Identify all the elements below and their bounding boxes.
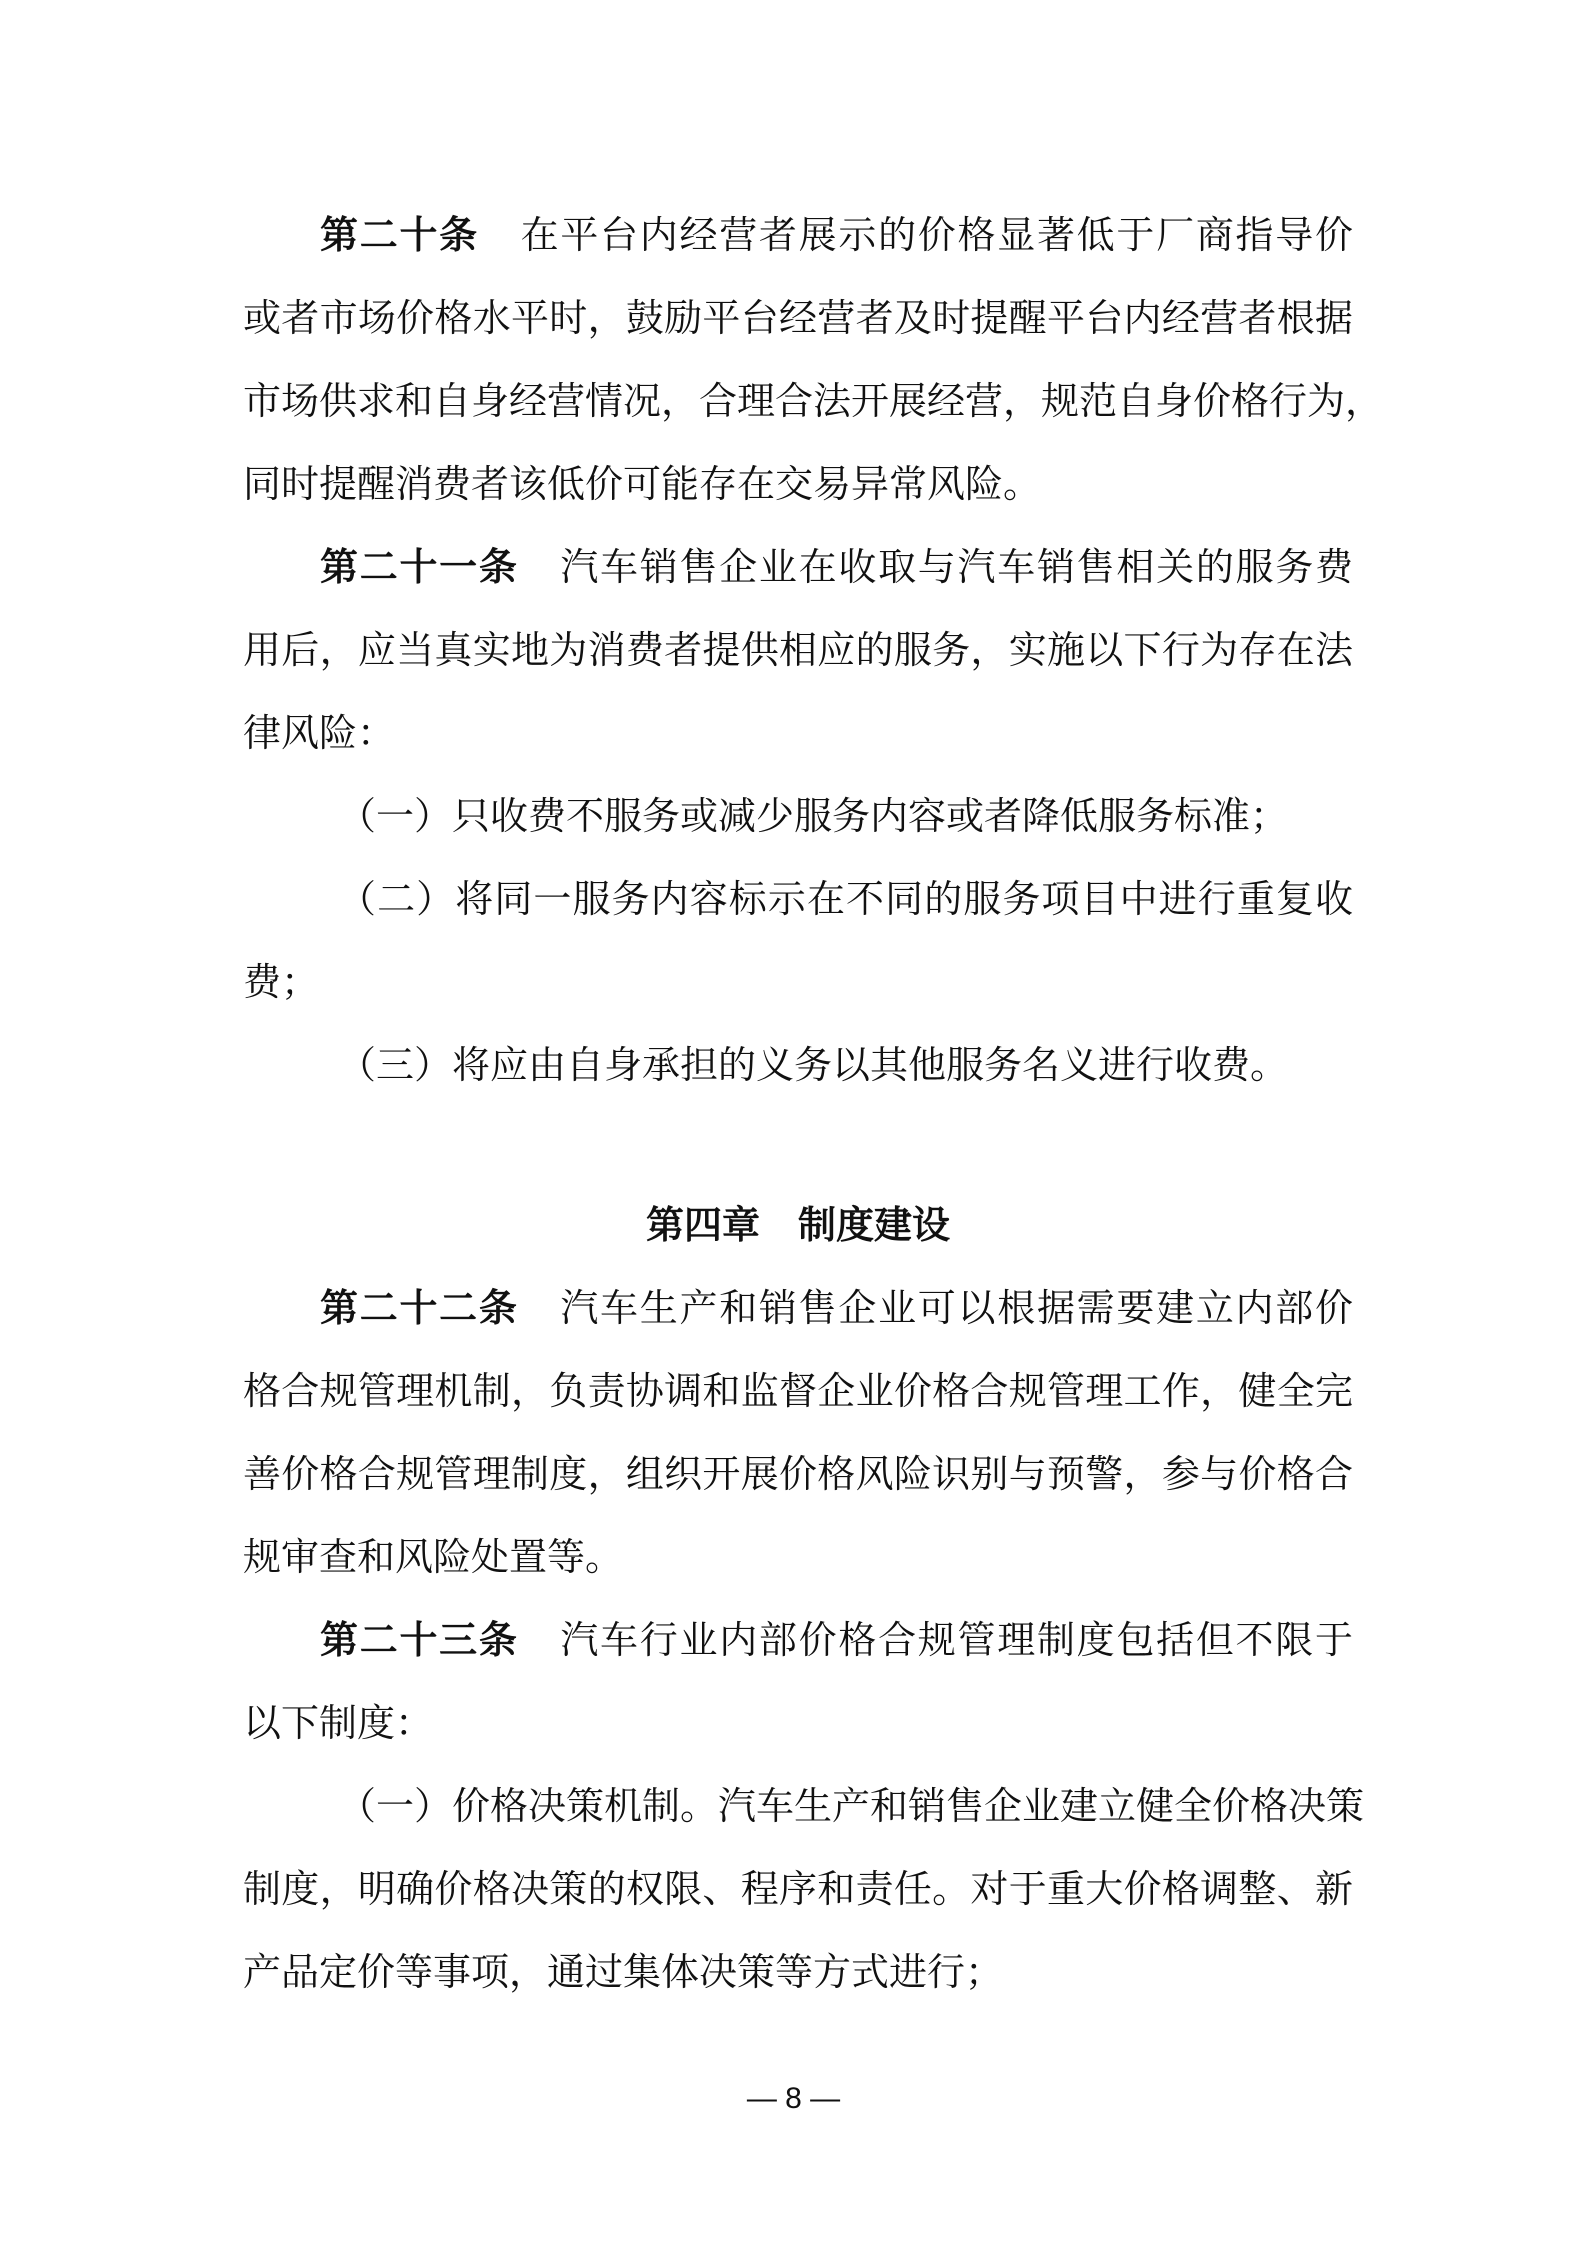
article-20-line-1: 第二十条在平台内经营者展示的价格显著低于厂商指导价 [243, 205, 1353, 265]
article-21-line-3: 律风险： [243, 703, 1353, 763]
article-21-item-2-line-2: 费； [243, 952, 1353, 1012]
article-23-item-1-line-2: 制度，明确价格决策的权限、程序和责任。对于重大价格调整、新 [243, 1859, 1353, 1919]
article-20-line-3: 市场供求和自身经营情况，合理合法开展经营，规范自身价格行为， [243, 371, 1353, 431]
article-21-line-2: 用后，应当真实地为消费者提供相应的服务，实施以下行为存在法 [243, 620, 1353, 680]
article-22-line-2: 格合规管理机制，负责协调和监督企业价格合规管理工作，健全完 [243, 1361, 1353, 1421]
article-22-line-1: 第二十二条汽车生产和销售企业可以根据需要建立内部价 [243, 1278, 1353, 1338]
article-heading: 第二十二条 [320, 1286, 519, 1330]
article-heading: 第二十三条 [320, 1618, 519, 1662]
page-number: — 8 — [0, 2082, 1587, 2116]
article-22-line-3: 善价格合规管理制度，组织开展价格风险识别与预警，参与价格合 [243, 1444, 1353, 1504]
article-23-item-1-line-1: （一）价格决策机制。汽车生产和销售企业建立健全价格决策 [243, 1776, 1353, 1836]
article-text: 汽车行业内部价格合规管理制度包括但不限于 [559, 1618, 1353, 1662]
article-heading: 第二十一条 [320, 545, 519, 589]
article-text: 在平台内经营者展示的价格显著低于厂商指导价 [519, 213, 1353, 257]
article-heading: 第二十条 [320, 213, 479, 257]
chapter-title: 第四章 制度建设 [243, 1195, 1353, 1255]
article-23-line-2: 以下制度： [243, 1693, 1353, 1753]
article-20-line-2: 或者市场价格水平时，鼓励平台经营者及时提醒平台内经营者根据 [243, 288, 1353, 348]
article-21-item-3: （三）将应由自身承担的义务以其他服务名义进行收费。 [243, 1035, 1353, 1095]
article-23-item-1-line-3: 产品定价等事项，通过集体决策等方式进行； [243, 1942, 1353, 2002]
article-20-line-4: 同时提醒消费者该低价可能存在交易异常风险。 [243, 454, 1353, 514]
article-text: 汽车生产和销售企业可以根据需要建立内部价 [559, 1286, 1353, 1330]
article-21-item-1: （一）只收费不服务或减少服务内容或者降低服务标准； [243, 786, 1353, 846]
article-21-line-1: 第二十一条汽车销售企业在收取与汽车销售相关的服务费 [243, 537, 1353, 597]
article-23-line-1: 第二十三条汽车行业内部价格合规管理制度包括但不限于 [243, 1610, 1353, 1670]
article-21-item-2-line-1: （二）将同一服务内容标示在不同的服务项目中进行重复收 [243, 869, 1353, 929]
article-text: 汽车销售企业在收取与汽车销售相关的服务费 [559, 545, 1353, 589]
article-22-line-4: 规审查和风险处置等。 [243, 1527, 1353, 1587]
